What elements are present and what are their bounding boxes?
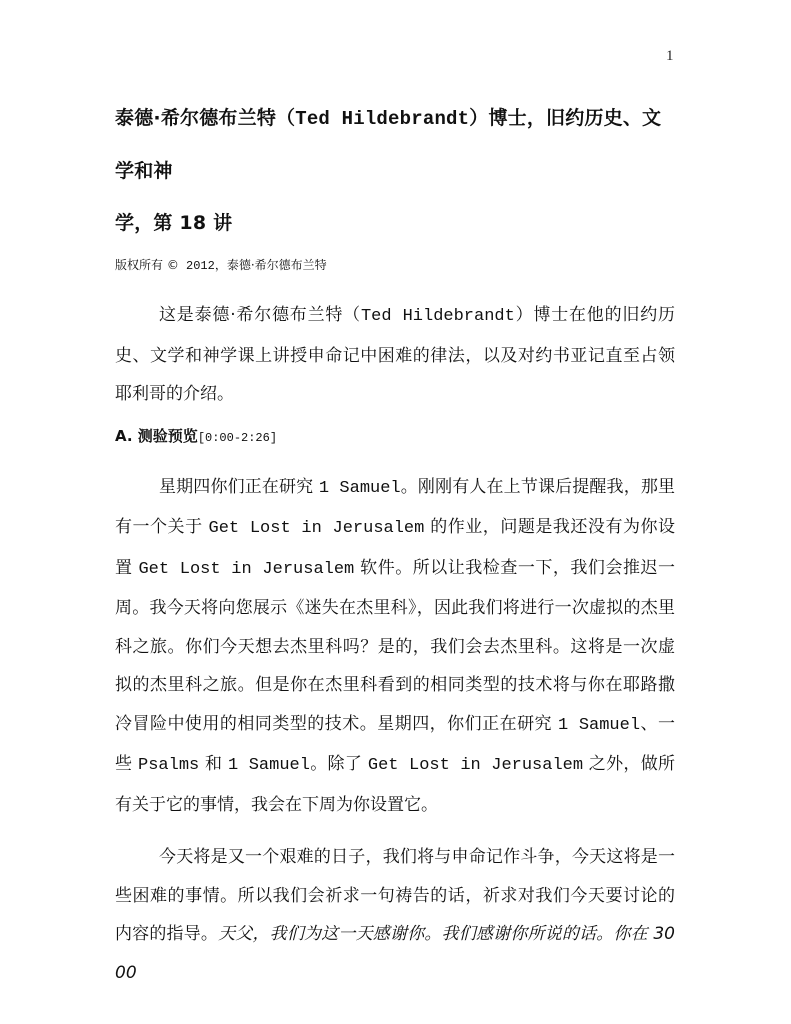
intro-paragraph: 这是泰德·希尔德布兰特（Ted Hildebrandt）博士在他的旧约历史、文学… (115, 296, 675, 414)
lecturer-name: Ted Hildebrandt (295, 108, 469, 130)
section-heading-a: A. 测验预览[0:00-2:26] (115, 420, 675, 454)
body-paragraph-2: 今天将是又一个艰难的日子，我们将与申命记作斗争，今天这将是一些困难的事情。所以我… (115, 838, 675, 992)
body-paragraph-1: 星期四你们正在研究 1 Samuel。刚刚有人在上节课后提醒我，那里有一个关于 … (115, 468, 675, 825)
document-content: 泰德·希尔德布兰特（Ted Hildebrandt）博士，旧约历史、文学和神 学… (115, 92, 675, 992)
document-page: 1 泰德·希尔德布兰特（Ted Hildebrandt）博士，旧约历史、文学和神… (0, 0, 791, 1024)
section-label: A. 测验预览 (115, 427, 198, 445)
section-timestamp: [0:00-2:26] (198, 431, 277, 445)
lecture-title: 泰德·希尔德布兰特（Ted Hildebrandt）博士，旧约历史、文学和神 学… (115, 92, 675, 249)
copyright-line: 版权所有 © 2012，泰德·希尔德布兰特 (115, 255, 675, 276)
page-number: 1 (666, 48, 674, 65)
